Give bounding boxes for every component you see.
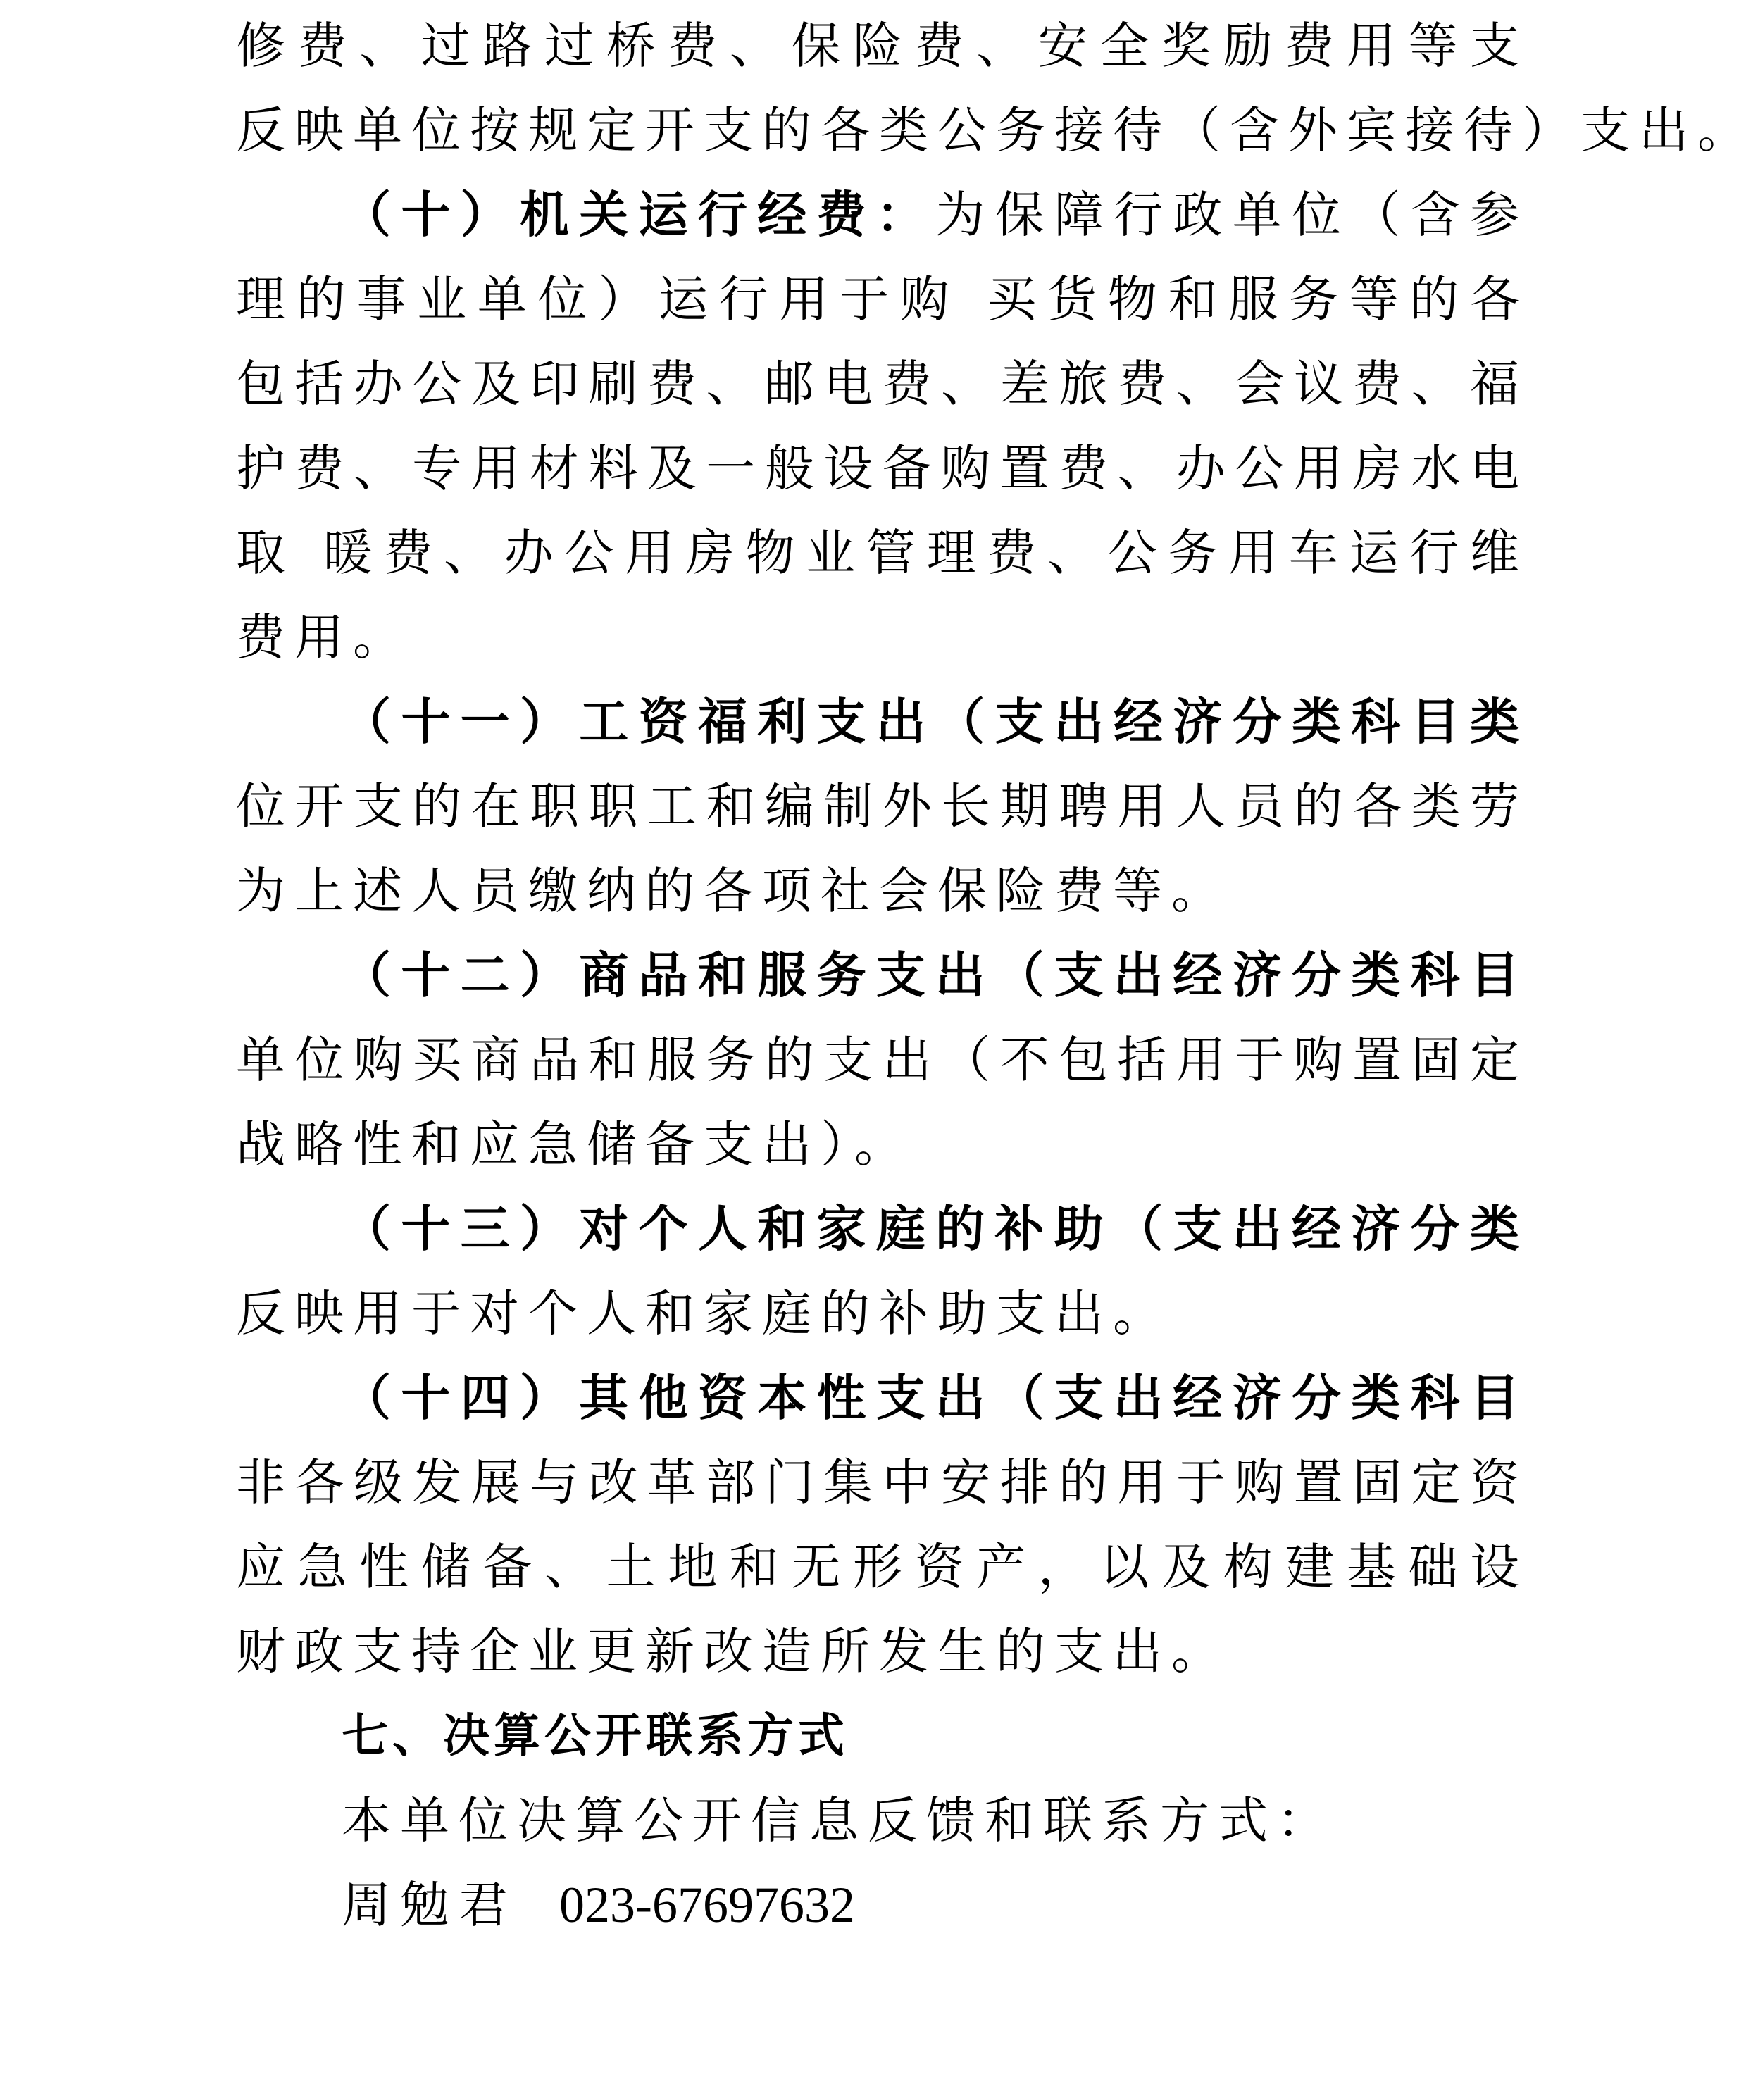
paragraph-line: 应急性储备、土地和无形资产，以及构建基础设施、大型修缮和	[236, 1525, 1528, 1609]
paragraph-line: 费用。	[236, 595, 1528, 680]
document-page: 修费、过路过桥费、保险费、安全奖励费用等支出；公务接待费 反映单位按规定开支的各…	[0, 0, 1746, 2100]
paragraph-line: 理的事业单位）运行用于购 买货物和服务等的各项公用经费，	[236, 257, 1528, 342]
paragraph-line: 战略性和应急储备支出）。	[236, 1102, 1528, 1187]
paragraph-line: 反映单位按规定开支的各类公务接待（含外宾接待）支出。	[236, 88, 1528, 173]
paragraph-line: 反映用于对个人和家庭的补助支出。	[236, 1271, 1528, 1356]
item-13-label: （十三）对个人和家庭的补助（支出经济分类科目类级）：	[342, 1199, 1528, 1271]
paragraph-line: 单位购买商品和服务的支出（不包括用于购置固定资产的支出、	[236, 1018, 1528, 1102]
item-10-label: （十）机关运行经费：	[342, 185, 935, 244]
paragraph-line: 位开支的在职职工和编制外长期聘用人员的各类劳动报酬，以及	[236, 764, 1528, 849]
paragraph-line: 取 暖费、办公用房物业管理费、公务用车运行维护费以及其他	[236, 511, 1528, 595]
section-heading: 七、决算公开联系方式	[236, 1694, 1528, 1778]
paragraph-line: 包括办公及印刷费、邮电费、差旅费、会议费、福利费、日常维	[236, 342, 1528, 426]
contact-name: 周勉君	[342, 1863, 517, 1947]
item-12-first-line: （十二）商品和服务支出（支出经济分类科目类级）：反映	[236, 933, 1528, 1018]
paragraph-line: 财政支持企业更新改造所发生的支出。	[236, 1609, 1528, 1694]
item-14-first-line: （十四）其他资本性支出（支出经济分类科目类级）：反映	[236, 1356, 1528, 1440]
item-11-first-line: （十一）工资福利支出（支出经济分类科目类级）：反映单	[236, 680, 1528, 764]
paragraph-line: 修费、过路过桥费、保险费、安全奖励费用等支出；公务接待费	[236, 4, 1528, 88]
item-14-label: （十四）其他资本性支出（支出经济分类科目类级）：	[342, 1368, 1528, 1440]
item-11-label: （十一）工资福利支出（支出经济分类科目类级）：	[342, 692, 1528, 764]
item-10-first-line: （十）机关运行经费：为保障行政单位（含参照公务员法管	[236, 173, 1528, 257]
paragraph-line: 为上述人员缴纳的各项社会保险费等。	[236, 849, 1528, 933]
item-13-first-line: （十三）对个人和家庭的补助（支出经济分类科目类级）：	[236, 1187, 1528, 1271]
paragraph-line: 非各级发展与改革部门集中安排的用于购置固定资产、战略性和	[236, 1440, 1528, 1525]
contact-phone: 023-67697632	[559, 1863, 855, 1947]
contact-intro: 本单位决算公开信息反馈和联系方式：	[236, 1778, 1528, 1863]
contact-line: 周勉君023-67697632	[236, 1863, 1528, 1947]
document-body: 修费、过路过桥费、保险费、安全奖励费用等支出；公务接待费 反映单位按规定开支的各…	[236, 4, 1528, 1947]
item-12-label: （十二）商品和服务支出（支出经济分类科目类级）：	[342, 946, 1528, 1018]
paragraph-line: 护费、专用材料及一般设备购置费、办公用房水电费、办公用房	[236, 426, 1528, 511]
